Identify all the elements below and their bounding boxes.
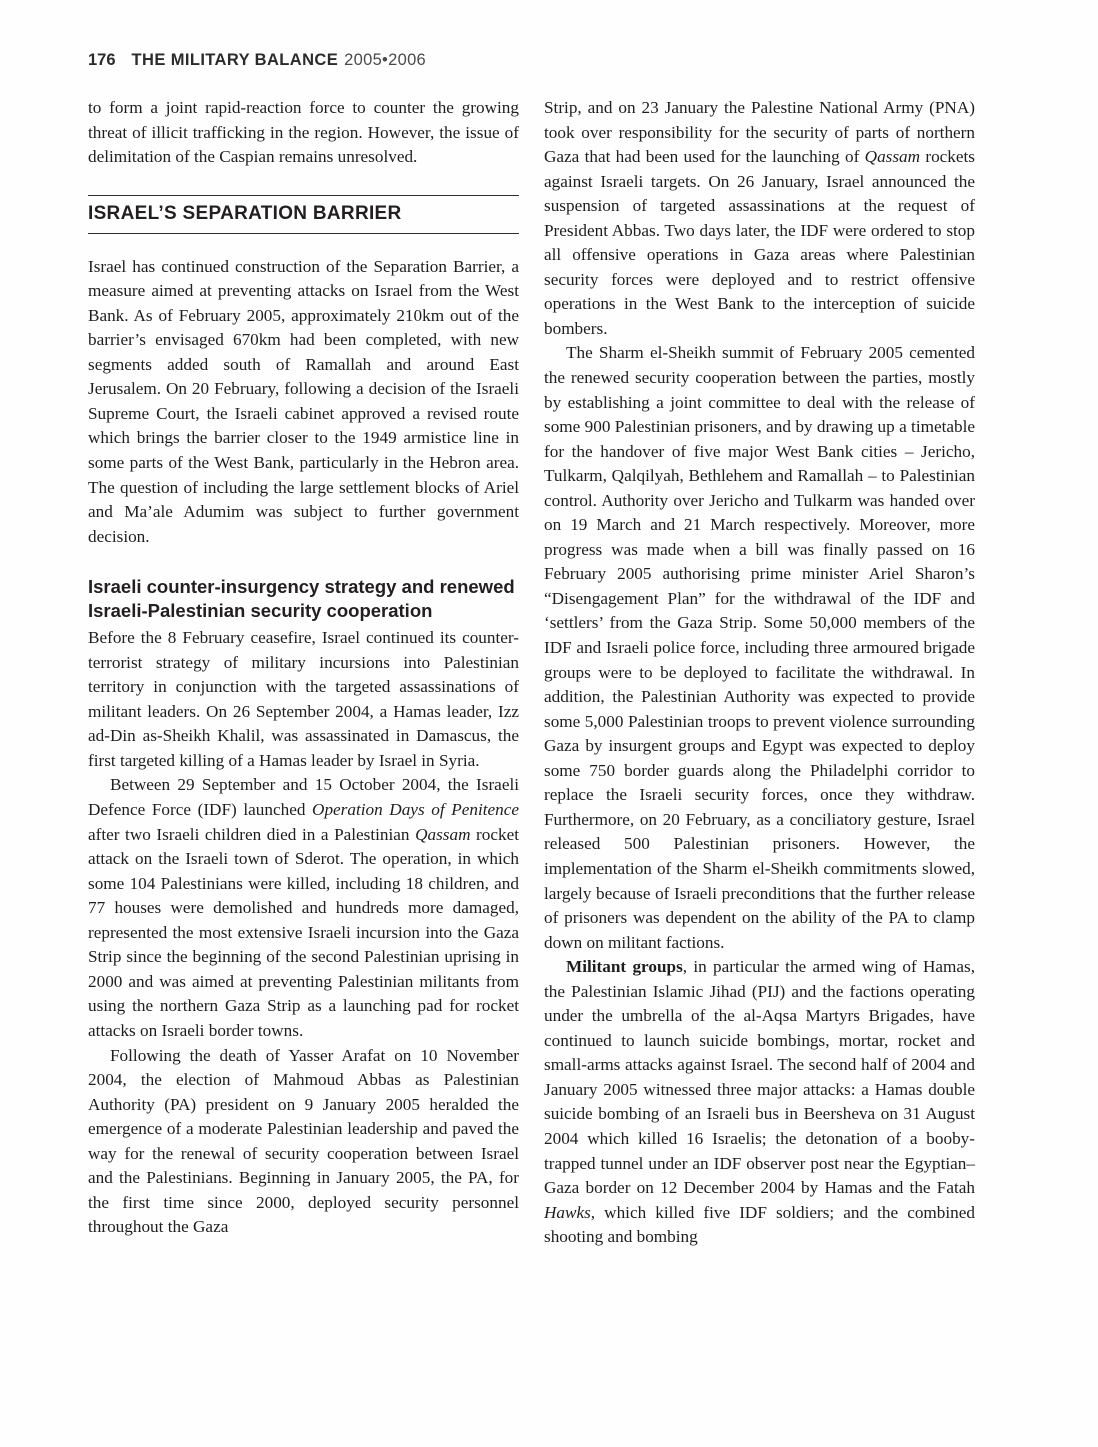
paragraph: Before the 8 February ceasefire, Israel … xyxy=(88,626,519,773)
text-run: Israel has continued construction of the… xyxy=(88,257,519,546)
text-run: The Sharm el-Sheikh summit of February 2… xyxy=(544,343,975,951)
sub-heading: Israeli counter-insurgency strategy and … xyxy=(88,575,519,622)
italic-text-run: Hawks xyxy=(544,1203,591,1222)
paragraph: Following the death of Yasser Arafat on … xyxy=(88,1044,519,1240)
text-run: after two Israeli children died in a Pal… xyxy=(88,825,415,844)
running-header: 176THE MILITARY BALANCE2005•2006 xyxy=(88,50,975,70)
italic-text-run: Qassam xyxy=(415,825,470,844)
paragraph: Militant groups, in particular the armed… xyxy=(544,955,975,1250)
paragraph: to form a joint rapid-reaction force to … xyxy=(88,96,519,170)
text-run: , in particular the armed wing of Hamas,… xyxy=(544,957,975,1197)
text-run: rocket attack on the Israeli town of Sde… xyxy=(88,825,519,1040)
text-run: Following the death of Yasser Arafat on … xyxy=(88,1046,519,1237)
text-run: to form a joint rapid-reaction force to … xyxy=(88,98,519,166)
edition-years: 2005•2006 xyxy=(344,51,426,69)
paragraph: Israel has continued construction of the… xyxy=(88,255,519,550)
text-run: , which killed five IDF soldiers; and th… xyxy=(544,1203,975,1247)
text-run: Before the 8 February ceasefire, Israel … xyxy=(88,628,519,770)
italic-text-run: Operation Days of Penitence xyxy=(312,800,519,819)
bold-text-run: Militant groups xyxy=(566,957,683,976)
right-column: Strip, and on 23 January the Palestine N… xyxy=(544,96,975,1250)
book-page: 176THE MILITARY BALANCE2005•2006 to form… xyxy=(0,0,1098,1447)
paragraph: The Sharm el-Sheikh summit of February 2… xyxy=(544,341,975,955)
paragraph: Between 29 September and 15 October 2004… xyxy=(88,773,519,1043)
book-title: THE MILITARY BALANCE xyxy=(132,51,339,69)
section-heading: ISRAEL’S SEPARATION BARRIER xyxy=(88,195,519,234)
text-run: rockets against Israeli targets. On 26 J… xyxy=(544,147,975,338)
italic-text-run: Qassam xyxy=(865,147,920,166)
left-column: to form a joint rapid-reaction force to … xyxy=(88,96,519,1250)
paragraph: Strip, and on 23 January the Palestine N… xyxy=(544,96,975,341)
two-column-layout: to form a joint rapid-reaction force to … xyxy=(88,96,975,1250)
page-number: 176 xyxy=(88,51,116,69)
